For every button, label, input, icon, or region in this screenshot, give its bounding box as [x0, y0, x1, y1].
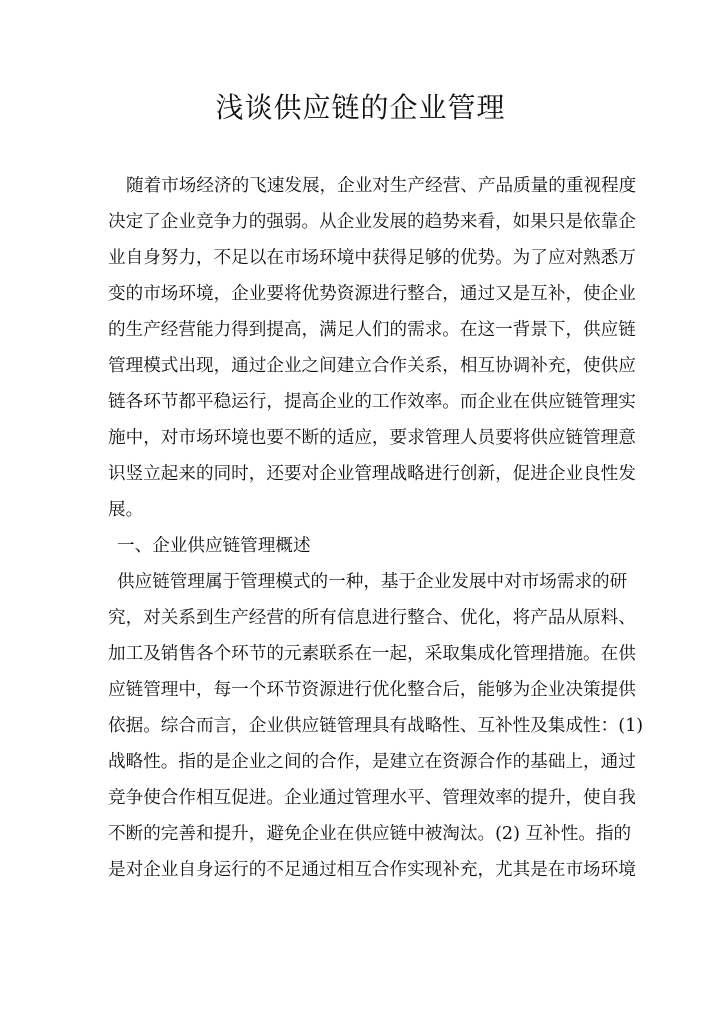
paragraph-line: 业自身努力，不足以在市场环境中获得足够的优势。为了应对熟悉万 — [108, 244, 618, 280]
paragraph-line: 供应链管理属于管理模式的一种，基于企业发展中对市场需求的研 — [108, 568, 618, 604]
paragraph-line: 变的市场环境，企业要将优势资源进行整合，通过又是互补，使企业 — [108, 280, 618, 316]
section-heading: 一、企业供应链管理概述 — [108, 532, 618, 568]
paragraph-line: 的生产经营能力得到提高，满足人们的需求。在这一背景下，供应链 — [108, 316, 618, 352]
paragraph-line: 是对企业自身运行的不足通过相互合作实现补充，尤其是在市场环境 — [108, 856, 618, 892]
document-title: 浅谈供应链的企业管理 — [0, 86, 721, 126]
paragraph-line: 管理模式出现，通过企业之间建立合作关系，相互协调补充，使供应 — [108, 352, 618, 388]
paragraph-line: 不断的完善和提升，避免企业在供应链中被淘汰。(2) 互补性。指的 — [108, 820, 618, 856]
paragraph-line: 战略性。指的是企业之间的合作，是建立在资源合作的基础上，通过 — [108, 748, 618, 784]
paragraph-line: 依据。综合而言，企业供应链管理具有战略性、互补性及集成性：(1) — [108, 712, 618, 748]
paragraph-line: 决定了企业竞争力的强弱。从企业发展的趋势来看，如果只是依靠企 — [108, 208, 618, 244]
document-body: 随着市场经济的飞速发展，企业对生产经营、产品质量的重视程度 决定了企业竞争力的强… — [108, 172, 618, 892]
paragraph-line: 链各环节都平稳运行，提高企业的工作效率。而企业在供应链管理实 — [108, 388, 618, 424]
paragraph-line: 随着市场经济的飞速发展，企业对生产经营、产品质量的重视程度 — [108, 172, 618, 208]
paragraph-line: 应链管理中，每一个环节资源进行优化整合后，能够为企业决策提供 — [108, 676, 618, 712]
paragraph-line: 竞争使合作相互促进。企业通过管理水平、管理效率的提升，使自我 — [108, 784, 618, 820]
paragraph-line: 究，对关系到生产经营的所有信息进行整合、优化，将产品从原料、 — [108, 604, 618, 640]
paragraph-line: 识竖立起来的同时，还要对企业管理战略进行创新，促进企业良性发 — [108, 460, 618, 496]
paragraph-line: 施中，对市场环境也要不断的适应，要求管理人员要将供应链管理意 — [108, 424, 618, 460]
paragraph-line: 展。 — [108, 496, 618, 532]
paragraph-line: 加工及销售各个环节的元素联系在一起，采取集成化管理措施。在供 — [108, 640, 618, 676]
